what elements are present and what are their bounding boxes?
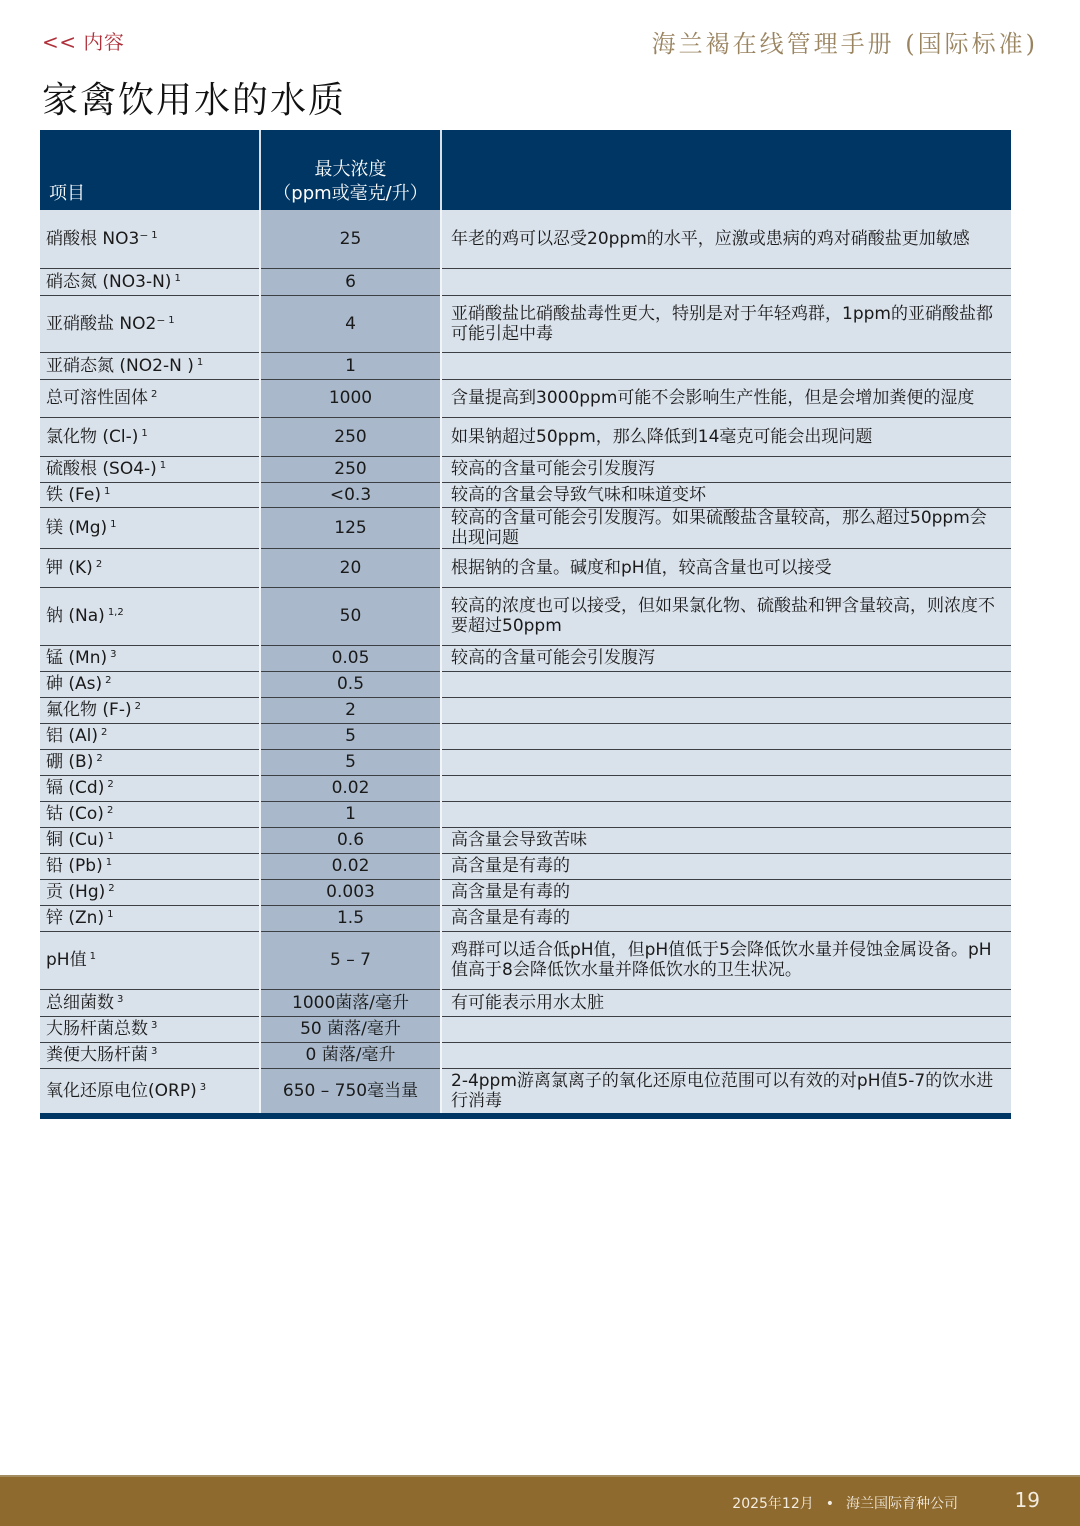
item-name: 钠 (Na) (46, 606, 105, 626)
max-concentration-cell: 25 (260, 210, 441, 268)
note-cell: 较高的含量可能会引发腹泻。如果硫酸盐含量较高，那么超过50ppm会出现问题 (441, 507, 1011, 548)
max-concentration-cell: 0.003 (260, 879, 441, 905)
max-concentration-cell: 250 (260, 456, 441, 482)
footnote-ref: 1 (141, 428, 147, 439)
table-row: 贡 (Hg)20.003高含量是有毒的 (40, 879, 1011, 905)
note-cell: 如果钠超过50ppm，那么降低到14毫克可能会出现问题 (441, 417, 1011, 456)
footer-separator: • (826, 1496, 834, 1512)
table-row: 钾 (K)220根据钠的含量。碱度和pH值，较高含量也可以接受 (40, 548, 1011, 587)
item-name: 铅 (Pb) (46, 856, 103, 876)
footnote-ref: 1 (168, 315, 174, 326)
table-bottom-bar (40, 1113, 1011, 1119)
max-concentration-cell: 4 (260, 295, 441, 352)
footnote-ref: 2 (107, 779, 113, 790)
footnote-ref: 2 (105, 675, 111, 686)
item-cell: 铜 (Cu)1 (40, 827, 260, 853)
footnote-ref: 3 (117, 994, 123, 1005)
note-cell: 高含量是有毒的 (441, 853, 1011, 879)
item-name: 铁 (Fe) (46, 485, 101, 505)
item-name: 氟化物 (F-) (46, 700, 132, 720)
item-cell: pH值1 (40, 931, 260, 989)
footer-info: 2025年12月•海兰国际育种公司 (732, 1493, 958, 1513)
note-cell (441, 1016, 1011, 1042)
back-to-contents-link[interactable]: << 内容 (42, 26, 124, 55)
note-cell: 高含量是有毒的 (441, 879, 1011, 905)
item-name: 总细菌数 (46, 993, 114, 1013)
item-cell: 氧化还原电位(ORP)3 (40, 1068, 260, 1113)
item-cell: 亚硝酸盐 NO2⁻1 (40, 295, 260, 352)
max-concentration-cell: <0.3 (260, 482, 441, 507)
footnote-ref: 2 (108, 883, 114, 894)
max-concentration-cell: 1000菌落/毫升 (260, 989, 441, 1016)
max-concentration-cell: 20 (260, 548, 441, 587)
note-cell (441, 723, 1011, 749)
item-cell: 砷 (As)2 (40, 671, 260, 697)
max-concentration-cell: 1000 (260, 379, 441, 417)
max-concentration-cell: 1 (260, 801, 441, 827)
note-cell: 较高的浓度也可以接受，但如果氯化物、硫酸盐和钾含量较高，则浓度不要超过50ppm (441, 587, 1011, 645)
item-cell: 氟化物 (F-)2 (40, 697, 260, 723)
note-cell: 亚硝酸盐比硝酸盐毒性更大，特别是对于年轻鸡群，1ppm的亚硝酸盐都可能引起中毒 (441, 295, 1011, 352)
footnote-ref: 1 (104, 486, 110, 497)
item-cell: 大肠杆菌总数3 (40, 1016, 260, 1042)
table-row: 镉 (Cd)20.02 (40, 775, 1011, 801)
item-cell: 硼 (B)2 (40, 749, 260, 775)
table-row: 砷 (As)20.5 (40, 671, 1011, 697)
table-row: 硫酸根 (SO4-)1250较高的含量可能会引发腹泻 (40, 456, 1011, 482)
page-title: 家禽饮用水的水质 (42, 72, 346, 123)
note-cell (441, 1042, 1011, 1068)
item-name: pH值 (46, 950, 87, 970)
item-cell: 铁 (Fe)1 (40, 482, 260, 507)
item-name: 大肠杆菌总数 (46, 1019, 148, 1039)
item-cell: 镁 (Mg)1 (40, 507, 260, 548)
item-cell: 粪便大肠杆菌3 (40, 1042, 260, 1068)
table-row: 氧化还原电位(ORP)3650 – 750毫当量2-4ppm游离氯离子的氧化还原… (40, 1068, 1011, 1113)
item-name: 贡 (Hg) (46, 882, 105, 902)
item-name: 硝态氮 (NO3-N) (46, 272, 171, 292)
max-concentration-cell: 50 (260, 587, 441, 645)
table-row: 亚硝态氮 (NO2-N )11 (40, 352, 1011, 379)
note-cell: 较高的含量可能会引发腹泻 (441, 645, 1011, 671)
note-cell: 含量提高到3000ppm可能不会影响生产性能，但是会增加粪便的湿度 (441, 379, 1011, 417)
note-cell: 年老的鸡可以忍受20ppm的水平，应激或患病的鸡对硝酸盐更加敏感 (441, 210, 1011, 268)
item-cell: 总细菌数3 (40, 989, 260, 1016)
table-row: pH值15 – 7鸡群可以适合低pH值，但pH值低于5会降低饮水量并侵蚀金属设备… (40, 931, 1011, 989)
note-cell: 较高的含量会导致气味和味道变坏 (441, 482, 1011, 507)
note-cell (441, 352, 1011, 379)
item-cell: 钾 (K)2 (40, 548, 260, 587)
note-cell: 鸡群可以适合低pH值，但pH值低于5会降低饮水量并侵蚀金属设备。pH值高于8会降… (441, 931, 1011, 989)
footnote-ref: 1 (106, 857, 112, 868)
table-row: 硼 (B)25 (40, 749, 1011, 775)
max-concentration-cell: 125 (260, 507, 441, 548)
item-cell: 铅 (Pb)1 (40, 853, 260, 879)
footnote-ref: 2 (101, 727, 107, 738)
item-cell: 亚硝态氮 (NO2-N )1 (40, 352, 260, 379)
footnote-ref: 3 (110, 649, 116, 660)
note-cell (441, 671, 1011, 697)
max-concentration-cell: 6 (260, 268, 441, 295)
footnote-ref: 2 (96, 559, 102, 570)
max-concentration-cell: 250 (260, 417, 441, 456)
item-name: 镁 (Mg) (46, 518, 107, 538)
footnote-ref: 2 (135, 701, 141, 712)
footnote-ref: 1 (197, 357, 203, 368)
table-row: 总可溶性固体21000含量提高到3000ppm可能不会影响生产性能，但是会增加粪… (40, 379, 1011, 417)
max-concentration-cell: 5 (260, 749, 441, 775)
note-cell: 高含量是有毒的 (441, 905, 1011, 931)
footnote-ref: 1 (90, 951, 96, 962)
note-cell: 有可能表示用水太脏 (441, 989, 1011, 1016)
footnote-ref: 2 (96, 753, 102, 764)
max-concentration-cell: 5 (260, 723, 441, 749)
item-name: 砷 (As) (46, 674, 102, 694)
footnote-ref: 1 (160, 460, 166, 471)
max-concentration-cell: 0.6 (260, 827, 441, 853)
item-name: 亚硝态氮 (NO2-N ) (46, 356, 194, 376)
column-header-max-concentration: 最大浓度 （ppm或毫克/升） (260, 130, 441, 210)
note-cell: 高含量会导致苦味 (441, 827, 1011, 853)
table-row: 铁 (Fe)1<0.3较高的含量会导致气味和味道变坏 (40, 482, 1011, 507)
table-row: 总细菌数31000菌落/毫升有可能表示用水太脏 (40, 989, 1011, 1016)
max-concentration-cell: 50 菌落/毫升 (260, 1016, 441, 1042)
page-number: 19 (1015, 1488, 1040, 1512)
table-body: 硝酸根 NO3⁻125年老的鸡可以忍受20ppm的水平，应激或患病的鸡对硝酸盐更… (40, 210, 1011, 1113)
footer-date: 2025年12月 (732, 1496, 813, 1512)
water-quality-table: 项目 最大浓度 （ppm或毫克/升） 硝酸根 NO3⁻125年老的鸡可以忍受20… (40, 130, 1011, 1119)
table-row: 铝 (Al)25 (40, 723, 1011, 749)
note-cell: 较高的含量可能会引发腹泻 (441, 456, 1011, 482)
column-header-max-line1: 最大浓度 (261, 158, 440, 182)
table-row: 钠 (Na)1,250较高的浓度也可以接受，但如果氯化物、硫酸盐和钾含量较高，则… (40, 587, 1011, 645)
item-cell: 氯化物 (Cl-)1 (40, 417, 260, 456)
item-cell: 硝酸根 NO3⁻1 (40, 210, 260, 268)
footnote-ref: 1 (151, 230, 157, 241)
note-cell (441, 801, 1011, 827)
footer-company: 海兰国际育种公司 (846, 1496, 958, 1512)
table-row: 钴 (Co)21 (40, 801, 1011, 827)
footnote-ref: 1,2 (108, 607, 124, 618)
max-concentration-cell: 0.02 (260, 775, 441, 801)
item-cell: 铝 (Al)2 (40, 723, 260, 749)
max-concentration-cell: 0 菌落/毫升 (260, 1042, 441, 1068)
footnote-ref: 1 (107, 909, 113, 920)
table-row: 镁 (Mg)1125较高的含量可能会引发腹泻。如果硫酸盐含量较高，那么超过50p… (40, 507, 1011, 548)
table-row: 硝酸根 NO3⁻125年老的鸡可以忍受20ppm的水平，应激或患病的鸡对硝酸盐更… (40, 210, 1011, 268)
item-name: 粪便大肠杆菌 (46, 1045, 148, 1065)
max-concentration-cell: 0.05 (260, 645, 441, 671)
note-cell (441, 749, 1011, 775)
item-name: 硫酸根 (SO4-) (46, 459, 157, 479)
item-name: 钾 (K) (46, 558, 93, 578)
item-name: 亚硝酸盐 NO2⁻ (46, 314, 165, 334)
item-name: 锌 (Zn) (46, 908, 104, 928)
note-cell (441, 775, 1011, 801)
note-cell: 2-4ppm游离氯离子的氧化还原电位范围可以有效的对pH值5-7的饮水进行消毒 (441, 1068, 1011, 1113)
item-cell: 钠 (Na)1,2 (40, 587, 260, 645)
note-cell: 根据钠的含量。碱度和pH值，较高含量也可以接受 (441, 548, 1011, 587)
column-header-item: 项目 (40, 130, 260, 210)
manual-title: 海兰褐在线管理手册 (国际标准) (652, 24, 1038, 59)
item-name: 铝 (Al) (46, 726, 98, 746)
column-header-note (441, 130, 1011, 210)
footnote-ref: 1 (174, 273, 180, 284)
max-concentration-cell: 650 – 750毫当量 (260, 1068, 441, 1113)
item-cell: 锌 (Zn)1 (40, 905, 260, 931)
footnote-ref: 3 (200, 1082, 206, 1093)
table-header-row: 项目 最大浓度 （ppm或毫克/升） (40, 130, 1011, 210)
item-name: 硝酸根 NO3⁻ (46, 229, 148, 249)
item-name: 镉 (Cd) (46, 778, 104, 798)
page-footer: 2025年12月•海兰国际育种公司 19 (0, 1475, 1080, 1526)
note-cell (441, 697, 1011, 723)
max-concentration-cell: 1 (260, 352, 441, 379)
table-row: 大肠杆菌总数350 菌落/毫升 (40, 1016, 1011, 1042)
footnote-ref: 1 (110, 519, 116, 530)
table-row: 锌 (Zn)11.5高含量是有毒的 (40, 905, 1011, 931)
item-cell: 总可溶性固体2 (40, 379, 260, 417)
max-concentration-cell: 0.5 (260, 671, 441, 697)
footnote-ref: 1 (107, 831, 113, 842)
table-row: 粪便大肠杆菌30 菌落/毫升 (40, 1042, 1011, 1068)
footnote-ref: 2 (107, 805, 113, 816)
max-concentration-cell: 0.02 (260, 853, 441, 879)
item-name: 铜 (Cu) (46, 830, 104, 850)
item-name: 钴 (Co) (46, 804, 104, 824)
column-header-max-line2: （ppm或毫克/升） (261, 182, 440, 206)
max-concentration-cell: 5 – 7 (260, 931, 441, 989)
item-cell: 镉 (Cd)2 (40, 775, 260, 801)
max-concentration-cell: 1.5 (260, 905, 441, 931)
table-row: 氯化物 (Cl-)1250如果钠超过50ppm，那么降低到14毫克可能会出现问题 (40, 417, 1011, 456)
item-cell: 贡 (Hg)2 (40, 879, 260, 905)
item-cell: 锰 (Mn)3 (40, 645, 260, 671)
item-name: 总可溶性固体 (46, 388, 148, 408)
table-row: 铅 (Pb)10.02高含量是有毒的 (40, 853, 1011, 879)
footnote-ref: 2 (151, 389, 157, 400)
table-row: 氟化物 (F-)22 (40, 697, 1011, 723)
item-cell: 硫酸根 (SO4-)1 (40, 456, 260, 482)
max-concentration-cell: 2 (260, 697, 441, 723)
footnote-ref: 3 (151, 1046, 157, 1057)
footnote-ref: 3 (151, 1020, 157, 1031)
table-row: 锰 (Mn)30.05较高的含量可能会引发腹泻 (40, 645, 1011, 671)
item-cell: 钴 (Co)2 (40, 801, 260, 827)
table-row: 硝态氮 (NO3-N)16 (40, 268, 1011, 295)
item-name: 锰 (Mn) (46, 648, 107, 668)
item-name: 氧化还原电位(ORP) (46, 1081, 197, 1101)
note-cell (441, 268, 1011, 295)
item-cell: 硝态氮 (NO3-N)1 (40, 268, 260, 295)
item-name: 硼 (B) (46, 752, 93, 772)
item-name: 氯化物 (Cl-) (46, 427, 138, 447)
table-row: 亚硝酸盐 NO2⁻14亚硝酸盐比硝酸盐毒性更大，特别是对于年轻鸡群，1ppm的亚… (40, 295, 1011, 352)
table-row: 铜 (Cu)10.6高含量会导致苦味 (40, 827, 1011, 853)
